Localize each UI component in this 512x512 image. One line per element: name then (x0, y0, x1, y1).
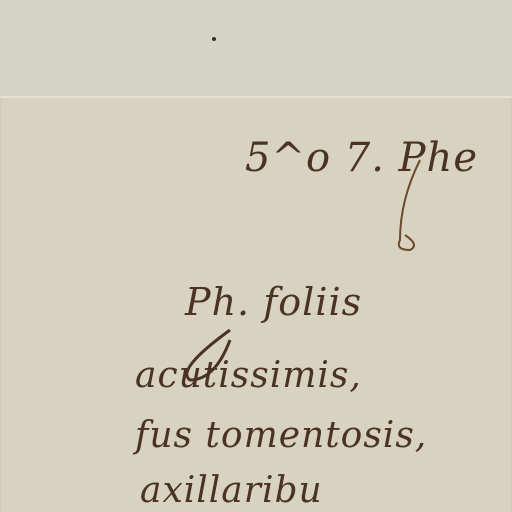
manuscript-heading: 5^o 7. Phe (245, 135, 478, 181)
manuscript-line-2: acutissimis, (135, 355, 362, 396)
manuscript-line-3: fus tomentosis, (135, 415, 427, 456)
manuscript-line-1: Ph. foliis (185, 280, 362, 324)
manuscript-line-4: axillaribu (140, 470, 323, 511)
